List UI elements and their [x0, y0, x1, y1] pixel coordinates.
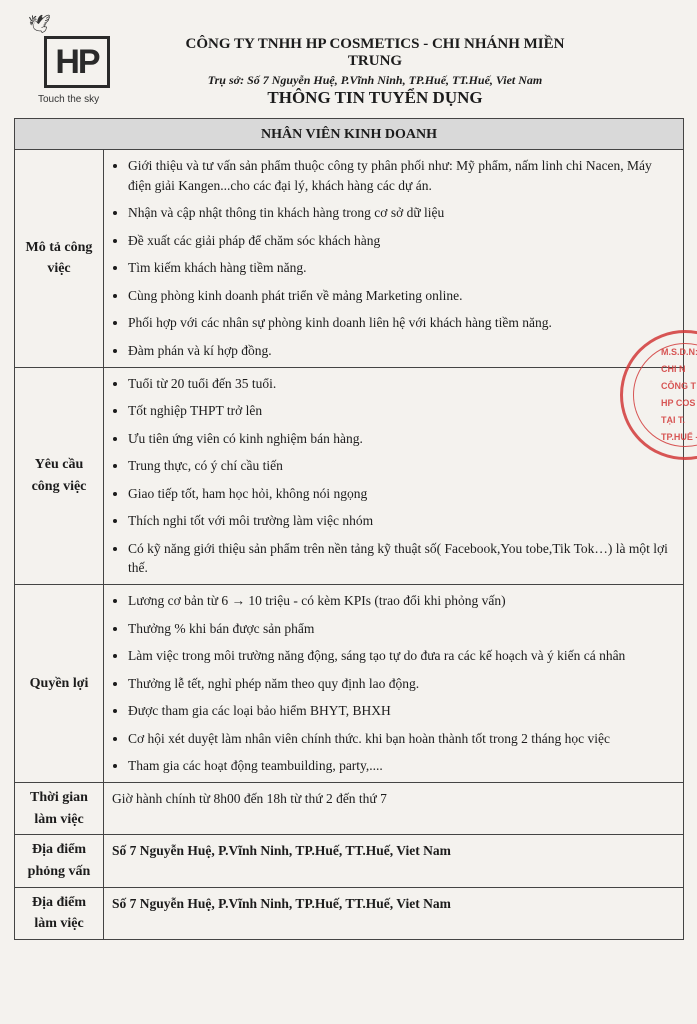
list-item: Làm việc trong môi trường năng động, sán…: [128, 646, 675, 666]
content-interview-location: Số 7 Nguyễn Huệ, P.Vĩnh Ninh, TP.Huế, TT…: [104, 835, 684, 887]
list-item: Cùng phòng kinh doanh phát triển về mảng…: [128, 286, 675, 306]
list-item: Trung thực, có ý chí cầu tiến: [128, 456, 675, 476]
stamp-line: TẠI T.: [661, 415, 685, 425]
list-item: Tốt nghiệp THPT trở lên: [128, 401, 675, 421]
company-address: Trụ sở: Số 7 Nguyễn Huệ, P.Vĩnh Ninh, TP…: [160, 73, 590, 88]
content-hours: Giờ hành chính từ 8h00 đến 18h từ thứ 2 …: [104, 782, 684, 834]
list-item: Giao tiếp tốt, ham học hỏi, không nói ng…: [128, 484, 675, 504]
stamp-line: HP COS: [661, 398, 695, 408]
row-description: Mô tả công việc Giới thiệu và tư vấn sản…: [15, 150, 684, 368]
label-description: Mô tả công việc: [15, 150, 104, 368]
list-item: Ưu tiên ứng viên có kinh nghiệm bán hàng…: [128, 429, 675, 449]
company-header: CÔNG TY TNHH HP COSMETICS - CHI NHÁNH MI…: [160, 36, 590, 88]
label-benefits: Quyền lợi: [15, 585, 104, 783]
label-work-location: Địa điểm làm việc: [15, 887, 104, 939]
list-item: Tham gia các hoạt động teambuilding, par…: [128, 756, 675, 776]
stamp-line: TP.HUẾ - T: [661, 432, 697, 442]
list-item: Thưởng lễ tết, nghỉ phép năm theo quy đị…: [128, 674, 675, 694]
benefits-list: Lương cơ bản từ 6 → 10 triệu - có kèm KP…: [112, 591, 675, 776]
label-requirements: Yêu cầu công việc: [15, 367, 104, 585]
list-item: Đàm phán và kí hợp đồng.: [128, 341, 675, 361]
list-item: Có kỹ năng giới thiệu sản phẩm trên nền …: [128, 539, 675, 578]
list-item: Lương cơ bản từ 6 → 10 triệu - có kèm KP…: [128, 591, 675, 611]
list-item: Cơ hội xét duyệt làm nhân viên chính thứ…: [128, 729, 675, 749]
row-hours: Thời gian làm việc Giờ hành chính từ 8h0…: [15, 782, 684, 834]
list-item: Thích nghi tốt với môi trường làm việc n…: [128, 511, 675, 531]
content-benefits: Lương cơ bản từ 6 → 10 triệu - có kèm KP…: [104, 585, 684, 783]
row-work-location: Địa điểm làm việc Số 7 Nguyễn Huệ, P.Vĩn…: [15, 887, 684, 939]
row-benefits: Quyền lợi Lương cơ bản từ 6 → 10 triệu -…: [15, 585, 684, 783]
content-description: Giới thiệu và tư vấn sản phẩm thuộc công…: [104, 150, 684, 368]
list-item: Thưởng % khi bán được sản phẩm: [128, 619, 675, 639]
logo-tagline: Touch the sky: [38, 94, 99, 105]
company-logo: 🕊 HP Touch the sky: [28, 14, 120, 114]
requirements-list: Tuổi từ 20 tuổi đến 35 tuổi.Tốt nghiệp T…: [112, 374, 675, 579]
bird-icon: 🕊: [28, 14, 51, 35]
stamp-line: M.S.D.N: 0315: [661, 347, 697, 357]
row-requirements: Yêu cầu công việc Tuổi từ 20 tuổi đến 35…: [15, 367, 684, 585]
job-table: NHÂN VIÊN KINH DOANH Mô tả công việc Giớ…: [14, 118, 684, 940]
list-item: Phối hợp với các nhân sự phòng kinh doan…: [128, 313, 675, 333]
content-requirements: Tuổi từ 20 tuổi đến 35 tuổi.Tốt nghiệp T…: [104, 367, 684, 585]
logo-mark: HP: [44, 36, 110, 88]
row-interview-location: Địa điểm phỏng vấn Số 7 Nguyễn Huệ, P.Vĩ…: [15, 835, 684, 887]
position-title: NHÂN VIÊN KINH DOANH: [15, 119, 684, 150]
list-item: Đề xuất các giải pháp để chăm sóc khách …: [128, 231, 675, 251]
position-band: NHÂN VIÊN KINH DOANH: [15, 119, 684, 150]
label-interview-location: Địa điểm phỏng vấn: [15, 835, 104, 887]
list-item: Tuổi từ 20 tuổi đến 35 tuổi.: [128, 374, 675, 394]
list-item: Được tham gia các loại bảo hiểm BHYT, BH…: [128, 701, 675, 721]
company-name: CÔNG TY TNHH HP COSMETICS - CHI NHÁNH MI…: [160, 36, 590, 70]
list-item: Tìm kiếm khách hàng tiềm năng.: [128, 258, 675, 278]
description-list: Giới thiệu và tư vấn sản phẩm thuộc công…: [112, 156, 675, 361]
stamp-line: CÔNG T: [661, 381, 696, 391]
list-item: Giới thiệu và tư vấn sản phẩm thuộc công…: [128, 156, 675, 195]
stamp-line: CHI N: [661, 364, 686, 374]
list-item: Nhận và cập nhật thông tin khách hàng tr…: [128, 203, 675, 223]
label-hours: Thời gian làm việc: [15, 782, 104, 834]
content-work-location: Số 7 Nguyễn Huệ, P.Vĩnh Ninh, TP.Huế, TT…: [104, 887, 684, 939]
document-title: THÔNG TIN TUYỂN DỤNG: [160, 88, 590, 108]
